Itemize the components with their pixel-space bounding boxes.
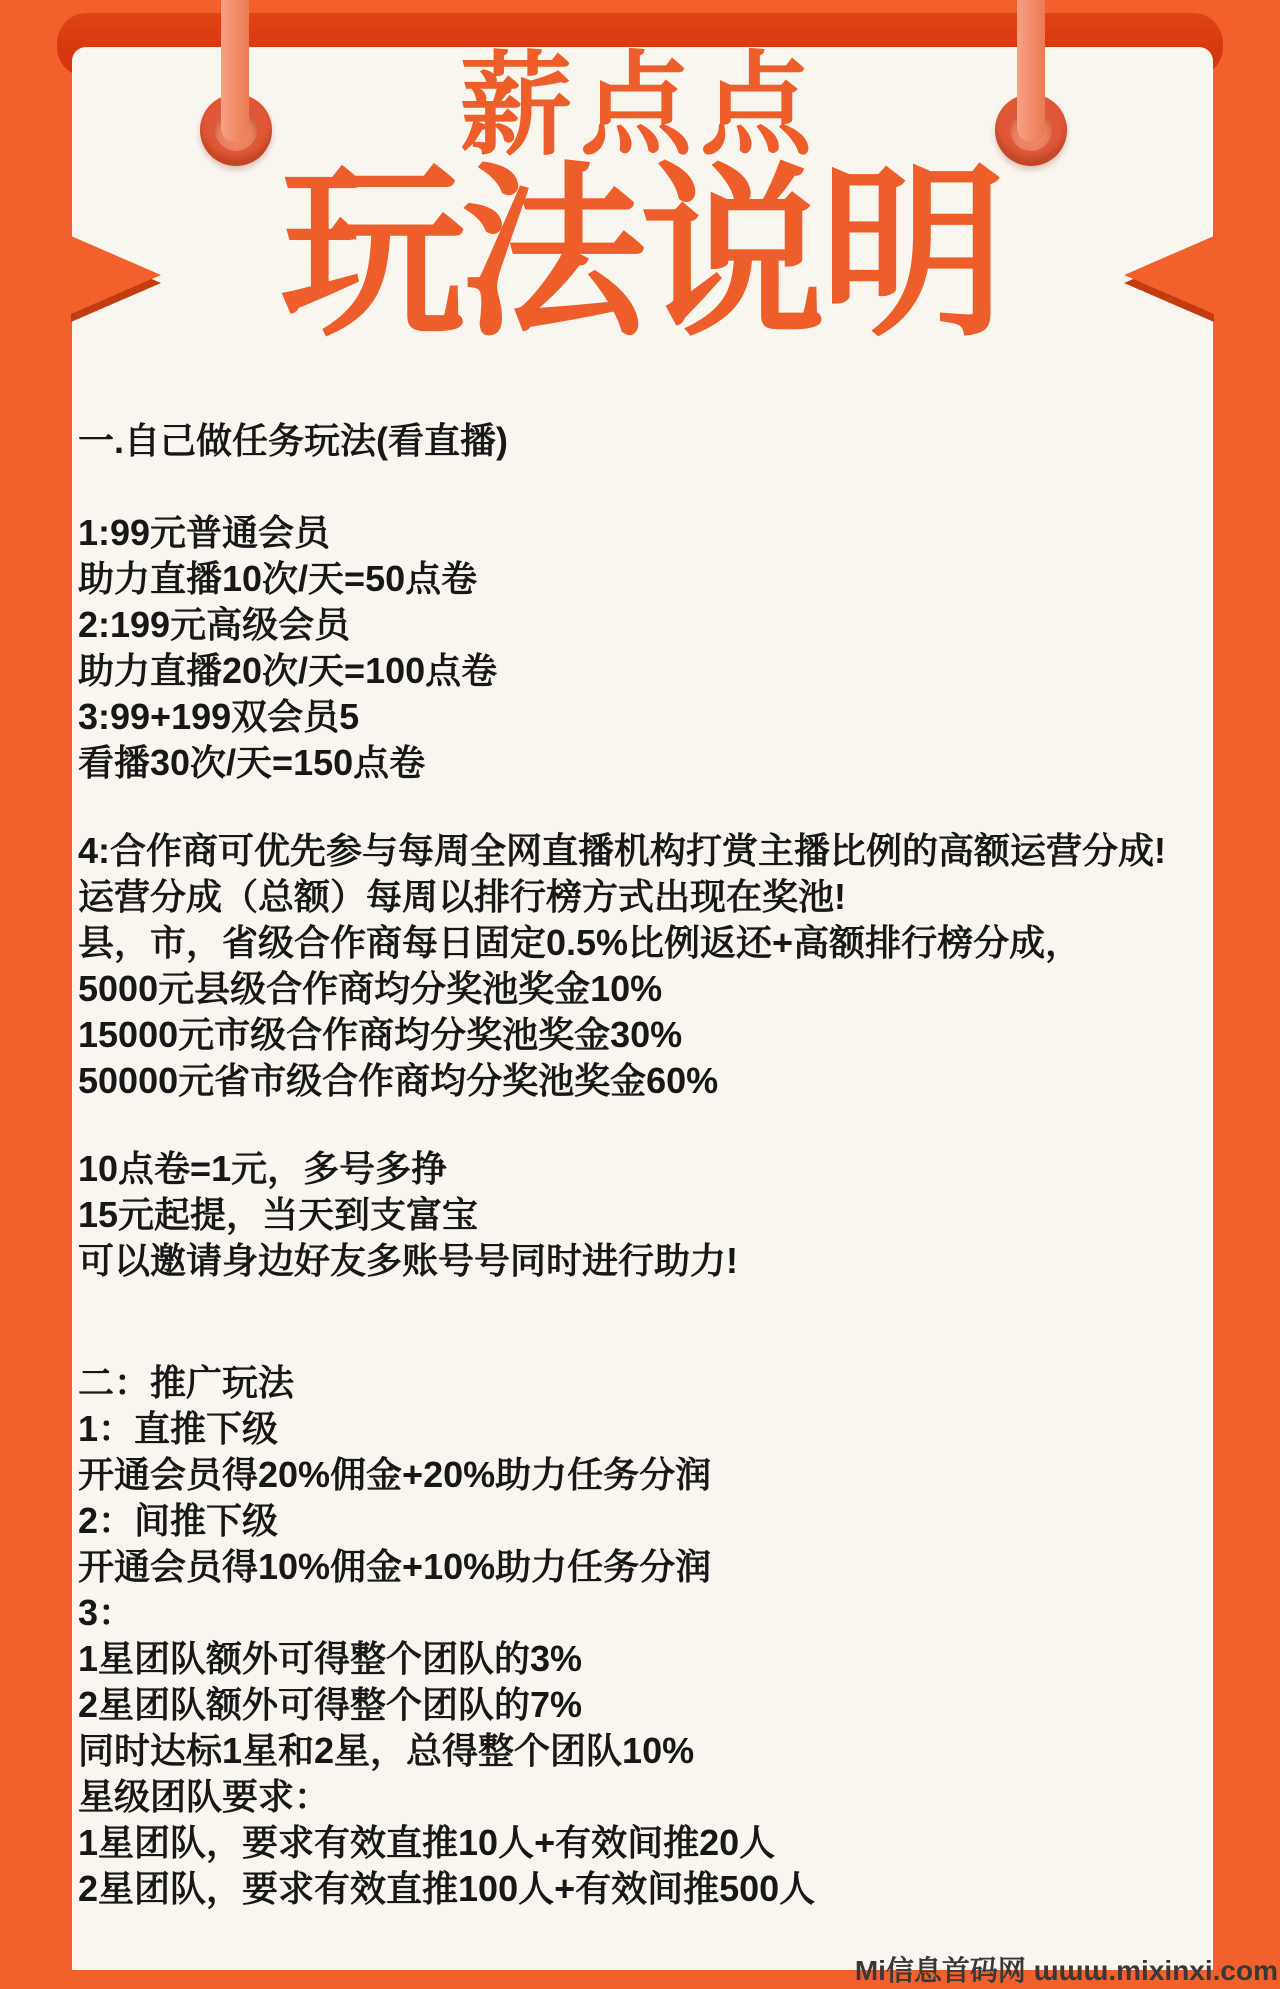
rule-line: 运营分成（总额）每周以排行榜方式出现在奖池!: [78, 874, 1188, 920]
watermark: Mi信息首码网 ɯɯɯ.mixinxi.com: [855, 1949, 1278, 1989]
rule-line: 星级团队要求：: [78, 1774, 1188, 1820]
rule-line: 2：间推下级: [78, 1498, 1188, 1544]
rule-line: 开通会员得20%佣金+20%助力任务分润: [78, 1452, 1188, 1498]
rule-line: 同时达标1星和2星，总得整个团队10%: [78, 1728, 1188, 1774]
rule-line: 开通会员得10%佣金+10%助力任务分润: [78, 1544, 1188, 1590]
rule-line: 县，市，省级合作商每日固定0.5%比例返还+高额排行榜分成，: [78, 920, 1188, 966]
rule-line: 2星团队额外可得整个团队的7%: [78, 1682, 1188, 1728]
left-hanging-strap: [221, 0, 249, 142]
rule-line: 5000元县级合作商均分奖池奖金10%: [78, 966, 1188, 1012]
rule-line: 3：: [78, 1590, 1188, 1636]
poster-background: 薪点点 玩法说明 一.自己做任务玩法(看直播) 1:99元普通会员 助力直播10…: [0, 0, 1280, 1989]
rule-line: 3:99+199双会员5: [78, 694, 1188, 740]
rules-text-block: 一.自己做任务玩法(看直播) 1:99元普通会员 助力直播10次/天=50点卷 …: [78, 418, 1188, 1912]
rule-line: 1:99元普通会员: [78, 510, 1188, 556]
section2-heading: 二：推广玩法: [78, 1360, 1188, 1406]
right-hanging-strap: [1017, 0, 1045, 142]
rule-line: 2星团队，要求有效直推100人+有效间推500人: [78, 1866, 1188, 1912]
rule-line: 2:199元高级会员: [78, 602, 1188, 648]
rule-line: 可以邀请身边好友多账号号同时进行助力!: [78, 1238, 1188, 1284]
rule-line: 50000元省市级合作商均分奖池奖金60%: [78, 1058, 1188, 1104]
rule-line: 1：直推下级: [78, 1406, 1188, 1452]
rule-line: 1星团队，要求有效直推10人+有效间推20人: [78, 1820, 1188, 1866]
rule-line: 15000元市级合作商均分奖池奖金30%: [78, 1012, 1188, 1058]
rule-line: 4:合作商可优先参与每周全网直播机构打赏主播比例的高额运营分成!: [78, 828, 1188, 874]
rule-line: 15元起提，当天到支富宝: [78, 1192, 1188, 1238]
rule-line: 看播30次/天=150点卷: [78, 740, 1188, 786]
poster-subtitle: 薪点点: [0, 50, 1280, 162]
rule-line: 10点卷=1元，多号多挣: [78, 1146, 1188, 1192]
rule-line: 助力直播20次/天=100点卷: [78, 648, 1188, 694]
rule-line: 助力直播10次/天=50点卷: [78, 556, 1188, 602]
rule-line: 1星团队额外可得整个团队的3%: [78, 1636, 1188, 1682]
poster-title: 玩法说明: [0, 162, 1280, 348]
section1-heading: 一.自己做任务玩法(看直播): [78, 418, 1188, 464]
